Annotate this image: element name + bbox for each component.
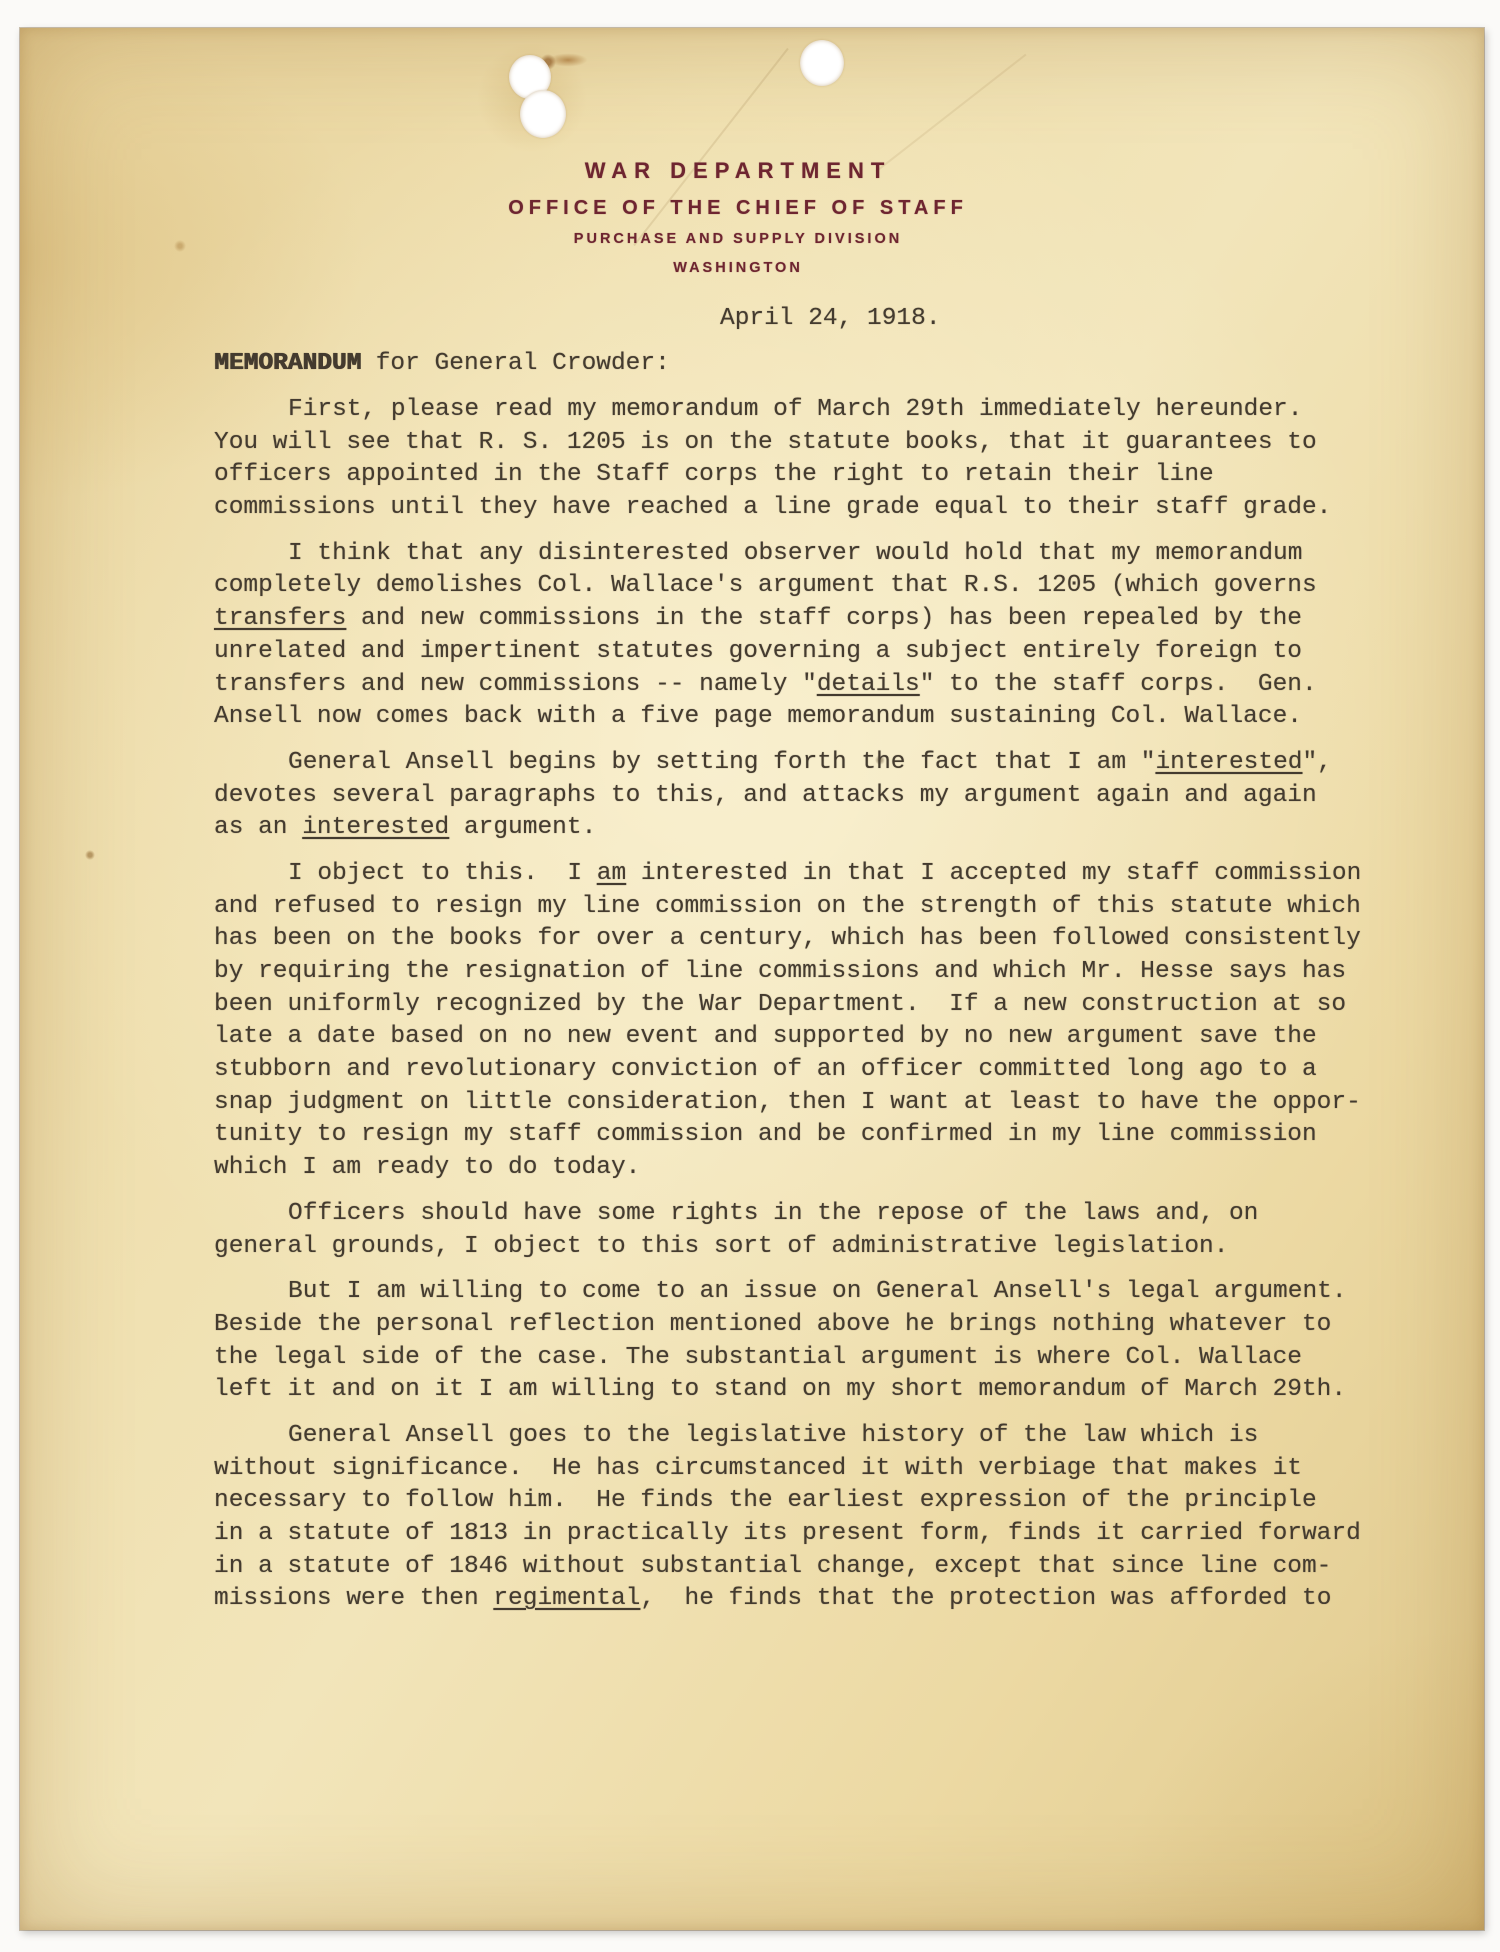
paragraph: I object to this. I am interested in tha… <box>214 858 1424 1185</box>
letterhead-department: WAR DEPARTMENT <box>20 158 1456 184</box>
salutation-rest: for General Crowder: <box>361 350 670 377</box>
scanned-memo-page: { "letterhead": { "line1": "WAR DEPARTME… <box>0 0 1500 1952</box>
letterhead-office: OFFICE OF THE CHIEF OF STAFF <box>20 197 1456 220</box>
text-line: officers appointed in the Staff corps th… <box>214 459 1424 492</box>
text-line: General Ansell goes to the legislative h… <box>214 1420 1424 1453</box>
paper-sheet: WAR DEPARTMENT OFFICE OF THE CHIEF OF ST… <box>20 28 1484 1930</box>
text-line: First, please read my memorandum of Marc… <box>214 394 1424 427</box>
paragraph: General Ansell goes to the legislative h… <box>214 1420 1424 1616</box>
salutation-line: MEMORANDUM for General Crowder: <box>214 350 670 377</box>
paragraph: First, please read my memorandum of Marc… <box>214 394 1424 525</box>
text-line: unrelated and impertinent statutes gover… <box>214 636 1424 669</box>
text-line: Officers should have some rights in the … <box>214 1198 1424 1231</box>
text-line: in a statute of 1846 without substantial… <box>214 1551 1424 1584</box>
text-line: in a statute of 1813 in practically its … <box>214 1518 1424 1551</box>
text-line: devotes several paragraphs to this, and … <box>214 780 1424 813</box>
paper-crease <box>876 54 1027 173</box>
text-line: You will see that R. S. 1205 is on the s… <box>214 427 1424 460</box>
text-line: general grounds, I object to this sort o… <box>214 1231 1424 1264</box>
text-line: which I am ready to do today. <box>214 1152 1424 1185</box>
text-line: been uniformly recognized by the War Dep… <box>214 989 1424 1022</box>
salutation-memorandum-word: MEMORANDUM <box>214 350 361 377</box>
text-line: necessary to follow him. He finds the ea… <box>214 1485 1424 1518</box>
text-line: transfers and new commissions -- namely … <box>214 669 1424 702</box>
text-line: Ansell now comes back with a five page m… <box>214 701 1424 734</box>
text-line: snap judgment on little consideration, t… <box>214 1087 1424 1120</box>
punch-hole-right-icon <box>800 40 844 86</box>
text-line: left it and on it I am willing to stand … <box>214 1374 1424 1407</box>
text-line: I think that any disinterested observer … <box>214 538 1424 571</box>
text-line: as an interested argument. <box>214 812 1424 845</box>
text-line: completely demolishes Col. Wallace's arg… <box>214 570 1424 603</box>
text-line: Beside the personal reflection mentioned… <box>214 1309 1424 1342</box>
paragraph: Officers should have some rights in the … <box>214 1198 1424 1263</box>
punch-hole-left-icon <box>520 90 566 138</box>
paragraph: I think that any disinterested observer … <box>214 538 1424 734</box>
letterhead-city: WASHINGTON <box>20 260 1456 276</box>
text-line: But I am willing to come to an issue on … <box>214 1276 1424 1309</box>
text-line: commissions until they have reached a li… <box>214 492 1424 525</box>
text-line: by requiring the resignation of line com… <box>214 956 1424 989</box>
date-line: April 24, 1918. <box>720 305 941 332</box>
text-line: the legal side of the case. The substant… <box>214 1342 1424 1375</box>
text-line: transfers and new commissions in the sta… <box>214 603 1424 636</box>
text-line: I object to this. I am interested in tha… <box>214 858 1424 891</box>
text-line: tunity to resign my staff commission and… <box>214 1119 1424 1152</box>
text-line: General Ansell begins by setting forth t… <box>214 747 1424 780</box>
paragraph: General Ansell begins by setting forth t… <box>214 747 1424 845</box>
text-line: missions were then regimental, he finds … <box>214 1583 1424 1616</box>
text-line: and refused to resign my line commission… <box>214 891 1424 924</box>
paragraph: But I am willing to come to an issue on … <box>214 1276 1424 1407</box>
body: First, please read my memorandum of Marc… <box>214 394 1424 1616</box>
text-line: without significance. He has circumstanc… <box>214 1453 1424 1486</box>
text-line: stubborn and revolutionary conviction of… <box>214 1054 1424 1087</box>
text-line: late a date based on no new event and su… <box>214 1021 1424 1054</box>
letterhead-division: PURCHASE AND SUPPLY DIVISION <box>20 231 1456 247</box>
text-line: has been on the books for over a century… <box>214 923 1424 956</box>
